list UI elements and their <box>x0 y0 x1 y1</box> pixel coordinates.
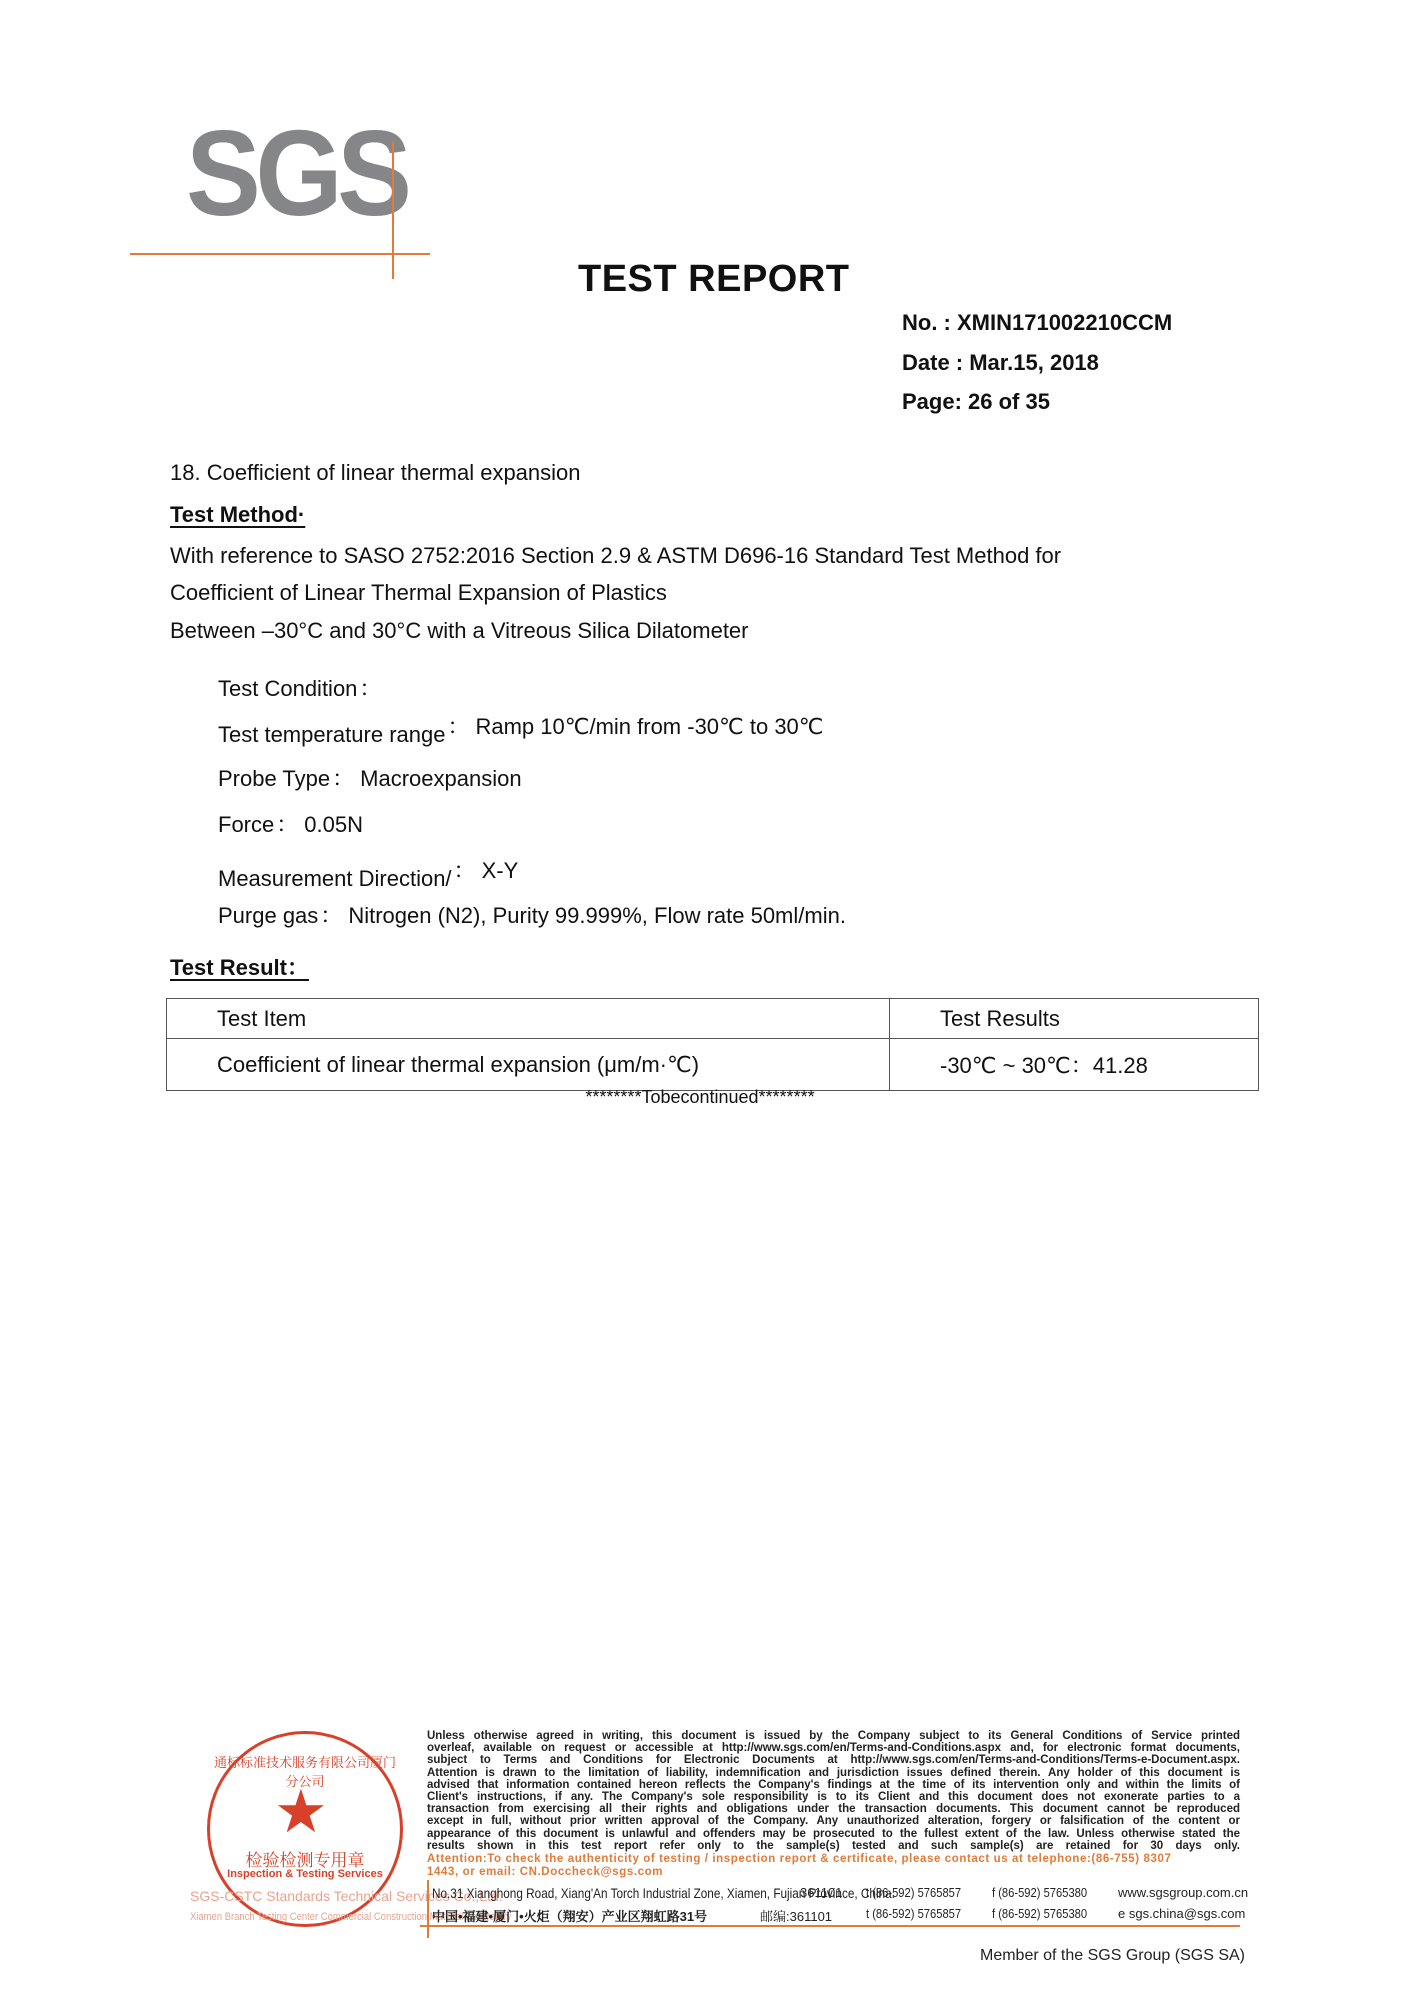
report-date: Date : Mar.15, 2018 <box>902 350 1099 376</box>
method-line: Coefficient of Linear Thermal Expansion … <box>170 580 667 606</box>
telephone: t (86-592) 5765857 <box>866 1906 961 1921</box>
method-line: Between –30°C and 30°C with a Vitreous S… <box>170 618 749 644</box>
condition-value: Ramp 10℃/min from -30℃ to 30℃ <box>475 714 823 739</box>
condition-force: Force：0.05N <box>218 808 363 839</box>
condition-label: Force <box>218 812 274 837</box>
email-link[interactable]: e sgs.china@sgs.com <box>1118 1906 1245 1921</box>
condition-measurement-direction: Measurement Direction/：X-Y <box>218 862 518 893</box>
fax: f (86-592) 5765380 <box>992 1885 1087 1900</box>
cell-test-item: Coefficient of linear thermal expansion … <box>167 1039 890 1091</box>
zip-code-cn: 邮编:361101 <box>760 1906 832 1925</box>
continued-marker: ********Tobecontinued******** <box>0 1087 1160 1108</box>
method-line: With reference to SASO 2752:2016 Section… <box>170 543 1061 569</box>
results-table: Test Item Test Results Coefficient of li… <box>166 998 1259 1091</box>
disclaimer: Unless otherwise agreed in writing, this… <box>427 1730 1240 1852</box>
test-condition-heading: Test Condition： <box>218 672 387 703</box>
report-title: TEST REPORT <box>578 258 850 301</box>
fax: f (86-592) 5765380 <box>992 1906 1087 1921</box>
condition-value: Macroexpansion <box>360 766 521 791</box>
condition-label: Purge gas <box>218 903 318 928</box>
condition-label: Test temperature range <box>218 722 445 747</box>
logo-text: SGS <box>186 112 406 234</box>
page-number: Page: 26 of 35 <box>902 389 1050 415</box>
header-test-item: Test Item <box>167 999 890 1039</box>
cell-test-result: -30℃ ~ 30℃：41.28 <box>890 1039 1259 1091</box>
condition-value: 0.05N <box>304 812 363 837</box>
header-test-results: Test Results <box>890 999 1259 1039</box>
stamp-center-en: Inspection & Testing Services <box>210 1868 400 1880</box>
zip-code: 361101 <box>800 1885 842 1900</box>
report-number: No. : XMIN171002210CCM <box>902 310 1172 336</box>
condition-value: X-Y <box>482 858 519 883</box>
condition-temperature-range: Test temperature range：Ramp 10℃/min from… <box>218 718 824 749</box>
test-condition-label: Test Condition <box>218 676 357 701</box>
condition-label: Probe Type <box>218 766 330 791</box>
star-icon: ★ <box>274 1782 328 1842</box>
condition-value: Nitrogen (N2), Purity 99.999%, Flow rate… <box>348 903 846 928</box>
section-heading: 18. Coefficient of linear thermal expans… <box>170 460 581 486</box>
sgs-logo: SGS <box>128 96 438 256</box>
address-divider-horizontal <box>420 1925 1240 1927</box>
colon: ： <box>359 672 381 703</box>
logo-vertical-rule <box>392 141 394 279</box>
telephone: t (86-592) 5765857 <box>866 1885 961 1900</box>
test-method-label: Test Method· <box>170 502 305 528</box>
test-result-label: Test Result： <box>170 951 309 982</box>
website-link[interactable]: www.sgsgroup.com.cn <box>1118 1885 1248 1900</box>
logo-horizontal-rule <box>130 253 430 255</box>
member-statement: Member of the SGS Group (SGS SA) <box>980 1947 1245 1965</box>
address-divider-vertical <box>427 1880 429 1938</box>
condition-label: Measurement Direction/ <box>218 866 452 891</box>
table-row: Coefficient of linear thermal expansion … <box>167 1039 1259 1091</box>
address-chinese: 中国•福建•厦门•火炬（翔安）产业区翔虹路31号 <box>432 1906 707 1925</box>
condition-probe-type: Probe Type：Macroexpansion <box>218 762 522 793</box>
authenticity-notice: Attention:To check the authenticity of t… <box>427 1853 1240 1879</box>
table-header-row: Test Item Test Results <box>167 999 1259 1039</box>
condition-purge-gas: Purge gas：Nitrogen (N2), Purity 99.999%,… <box>218 899 846 930</box>
